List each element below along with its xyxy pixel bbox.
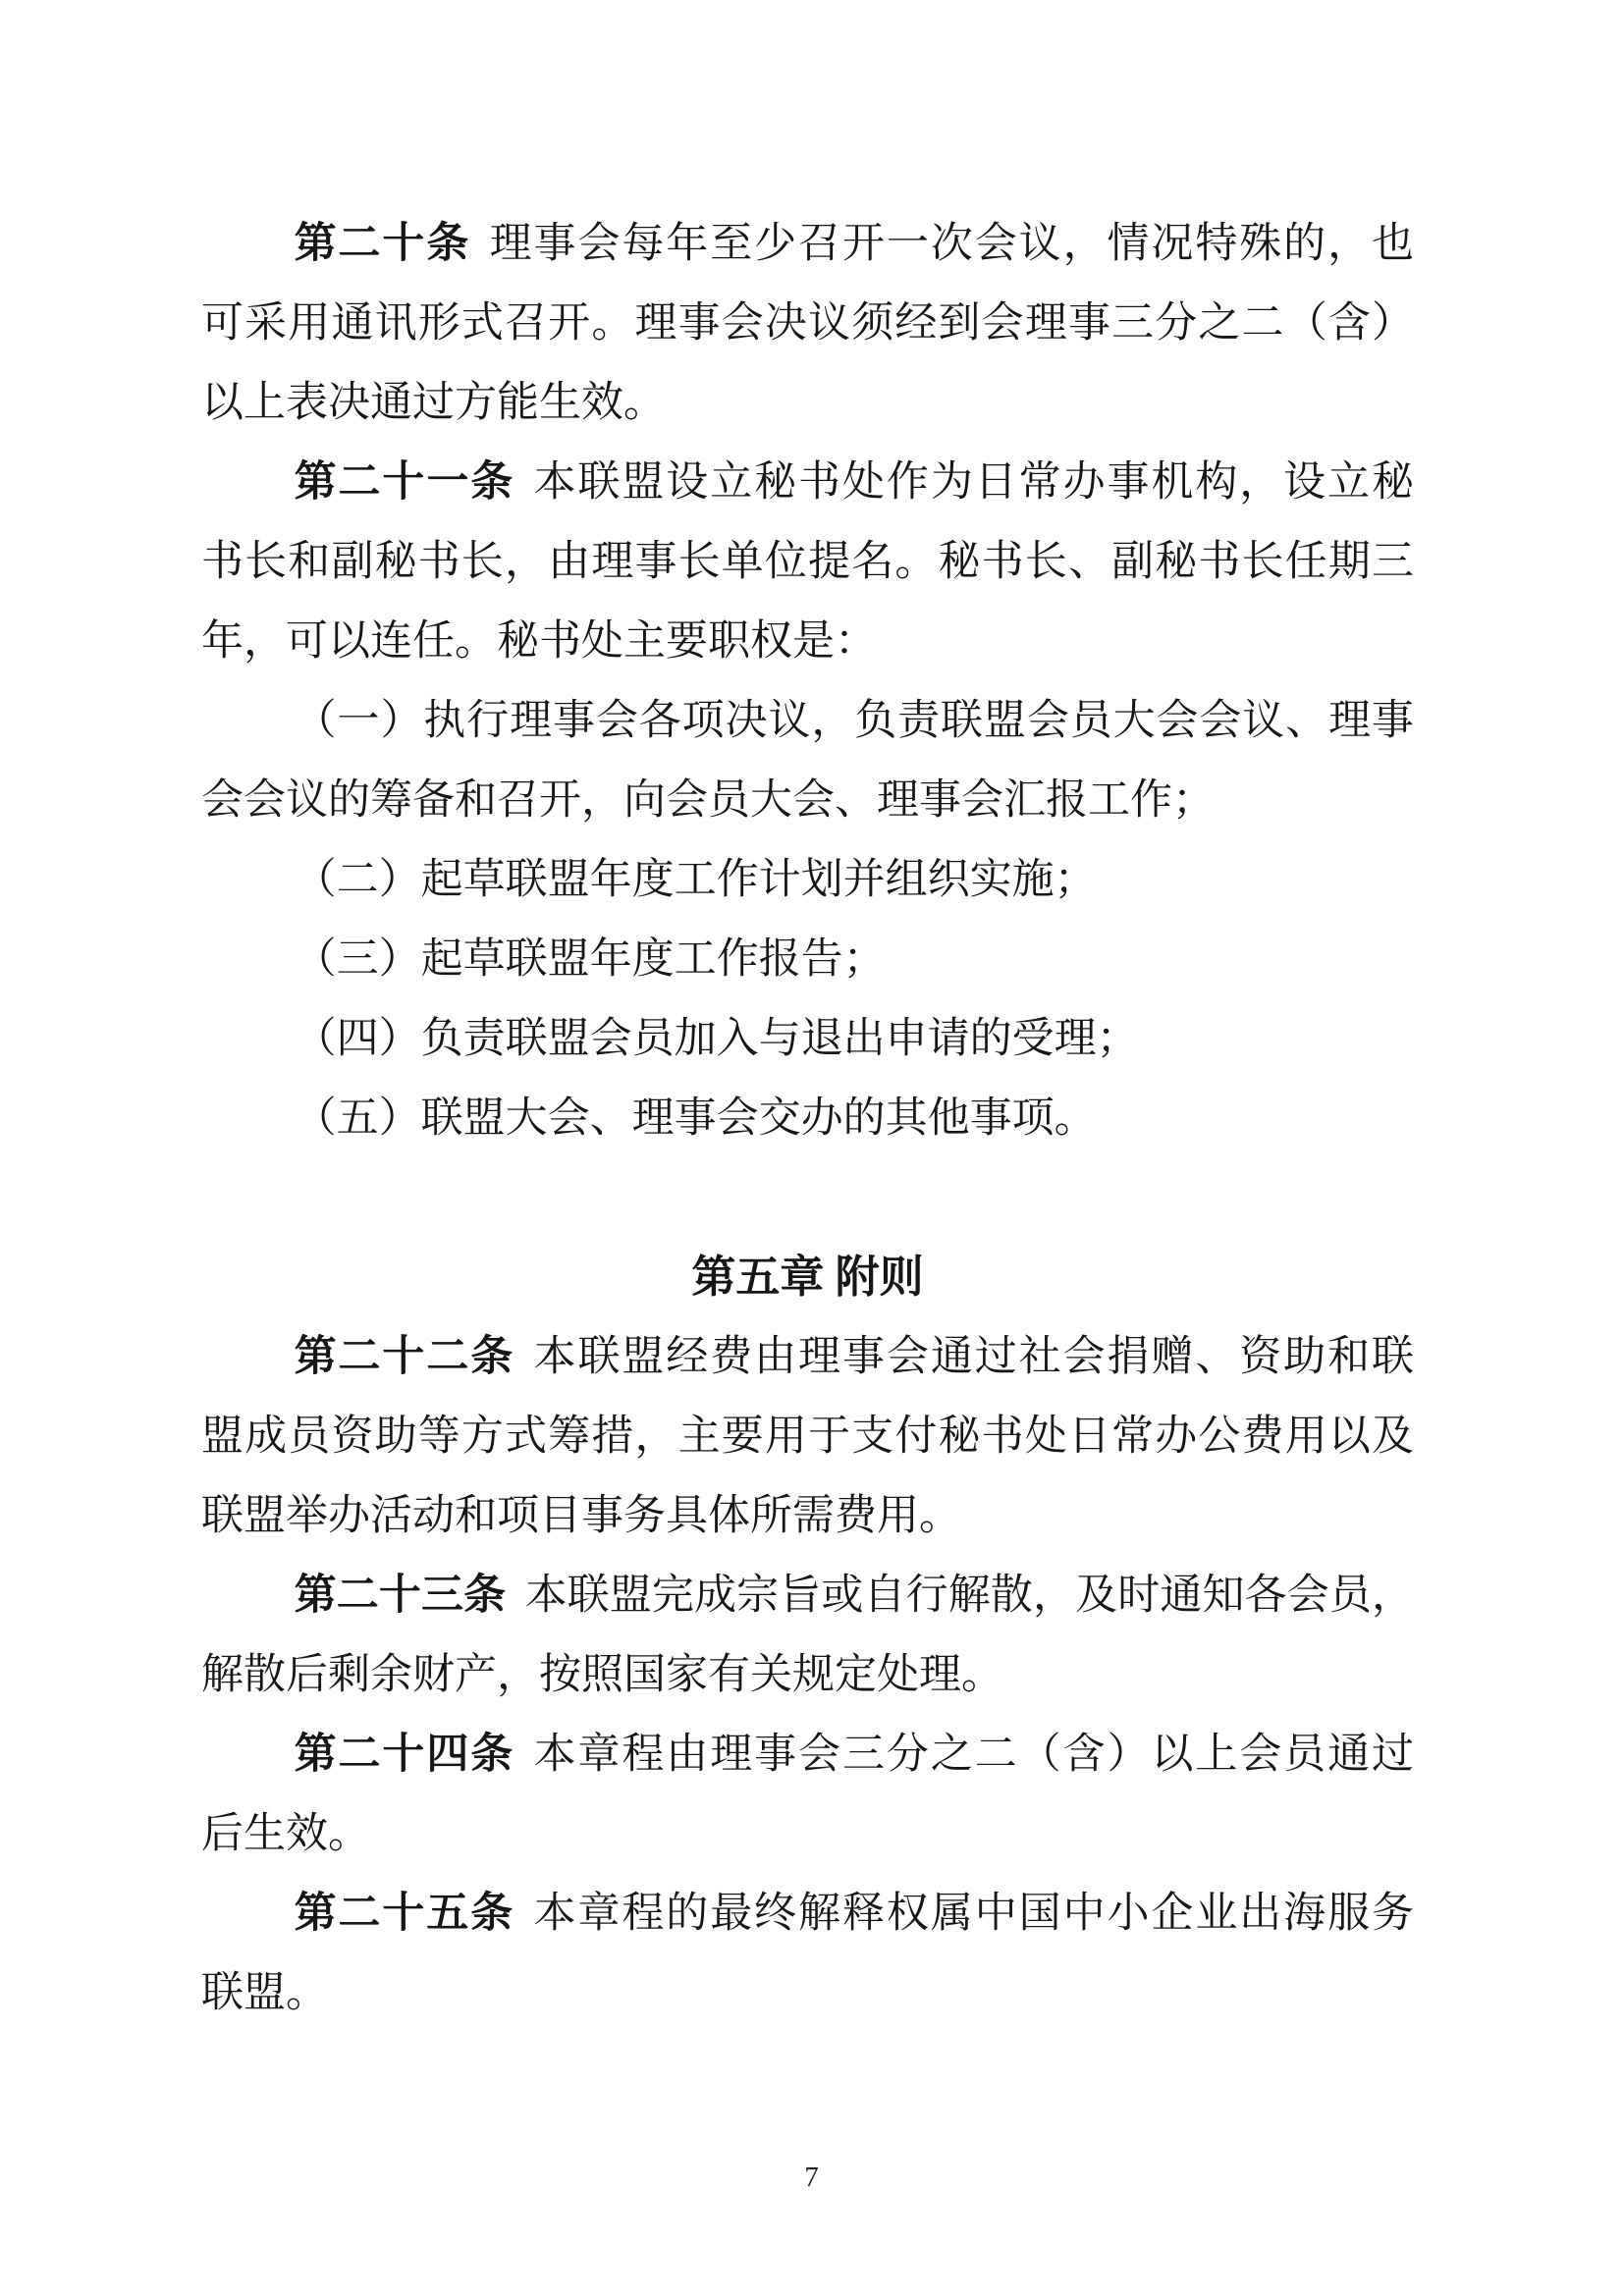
- line-text: （五）联盟大会、理事会交办的其他事项。: [295, 1095, 1097, 1142]
- text-line: 第二十条理事会每年至少召开一次会议，情况特殊的，也: [201, 204, 1414, 284]
- text-line: （四）负责联盟会员加入与退出申请的受理；: [201, 999, 1414, 1079]
- line-text: 本章程由理事会三分之二（含）以上会员通过: [534, 1732, 1414, 1778]
- chapter-heading: 第五章 附则: [201, 1238, 1414, 1317]
- line-text: 理事会每年至少召开一次会议，情况特殊的，也: [490, 221, 1414, 267]
- article-number: 第二十一条: [295, 459, 515, 506]
- line-text: 书长和副秘书长，由理事长单位提名。秘书长、副秘书长任期三: [201, 539, 1414, 585]
- text-line: 第二十三条本联盟完成宗旨或自行解散，及时通知各会员，: [201, 1556, 1414, 1635]
- text-line: （三）起草联盟年度工作报告；: [201, 920, 1414, 999]
- text-line: 盟成员资助等方式筹措，主要用于支付秘书处日常办公费用以及: [201, 1397, 1414, 1476]
- text-line: 以上表决通过方能生效。: [201, 363, 1414, 443]
- article-number: 第二十条: [295, 221, 471, 267]
- text-line: 书长和副秘书长，由理事长单位提名。秘书长、副秘书长任期三: [201, 522, 1414, 602]
- text-line: （二）起草联盟年度工作计划并组织实施；: [201, 840, 1414, 920]
- text-line: 第二十四条本章程由理事会三分之二（含）以上会员通过: [201, 1715, 1414, 1794]
- line-text: 盟成员资助等方式筹措，主要用于支付秘书处日常办公费用以及: [201, 1414, 1414, 1460]
- article-number: 第二十四条: [295, 1732, 515, 1778]
- text-line: 可采用通讯形式召开。理事会决议须经到会理事三分之二（含）: [201, 284, 1414, 363]
- line-text: 年，可以连任。秘书处主要职权是：: [201, 618, 877, 665]
- line-text: （三）起草联盟年度工作报告；: [295, 936, 886, 983]
- text-line: （五）联盟大会、理事会交办的其他事项。: [201, 1079, 1414, 1158]
- article-number: 第二十五条: [295, 1891, 515, 1937]
- line-text: 本联盟设立秘书处作为日常办事机构，设立秘: [534, 459, 1414, 506]
- line-text: 本联盟经费由理事会通过社会捐赠、资助和联: [534, 1334, 1414, 1380]
- line-text: 可采用通讯形式召开。理事会决议须经到会理事三分之二（含）: [201, 300, 1414, 347]
- line-text: 第五章 附则: [691, 1253, 923, 1302]
- line-text: （四）负责联盟会员加入与退出申请的受理；: [295, 1016, 1139, 1062]
- document-page: 第二十条理事会每年至少召开一次会议，情况特殊的，也可采用通讯形式召开。理事会决议…: [0, 0, 1623, 2296]
- text-line: 联盟举办活动和项目事务具体所需费用。: [201, 1476, 1414, 1556]
- text-line: 年，可以连任。秘书处主要职权是：: [201, 602, 1414, 681]
- line-text: 本章程的最终解释权属中国中小企业出海服务: [534, 1891, 1414, 1937]
- line-text: （二）起草联盟年度工作计划并组织实施；: [295, 857, 1097, 903]
- line-text: 会会议的筹备和召开，向会员大会、理事会汇报工作；: [201, 777, 1215, 824]
- line-text: 联盟举办活动和项目事务具体所需费用。: [201, 1493, 961, 1539]
- text-line: 第二十五条本章程的最终解释权属中国中小企业出海服务: [201, 1874, 1414, 1953]
- document-body: 第二十条理事会每年至少召开一次会议，情况特殊的，也可采用通讯形式召开。理事会决议…: [201, 204, 1414, 2033]
- line-text: 解散后剩余财产，按照国家有关规定处理。: [201, 1652, 1003, 1698]
- line-text: （一）执行理事会各项决议，负责联盟会员大会会议、理事: [295, 698, 1414, 744]
- text-line: 后生效。: [201, 1794, 1414, 1874]
- text-line: 解散后剩余财产，按照国家有关规定处理。: [201, 1635, 1414, 1715]
- line-text: 后生效。: [201, 1811, 370, 1857]
- line-text: 以上表决通过方能生效。: [201, 380, 666, 426]
- line-text: 本联盟完成宗旨或自行解散，及时通知各会员，: [525, 1573, 1414, 1619]
- page-number: 7: [0, 2160, 1623, 2195]
- article-number: 第二十二条: [295, 1334, 515, 1380]
- line-text: 联盟。: [201, 1970, 328, 2016]
- text-line: 会会议的筹备和召开，向会员大会、理事会汇报工作；: [201, 761, 1414, 840]
- article-number: 第二十三条: [295, 1573, 507, 1619]
- text-line: （一）执行理事会各项决议，负责联盟会员大会会议、理事: [201, 681, 1414, 761]
- text-line: 第二十二条本联盟经费由理事会通过社会捐赠、资助和联: [201, 1317, 1414, 1397]
- blank-line: [201, 1158, 1414, 1238]
- text-line: 第二十一条本联盟设立秘书处作为日常办事机构，设立秘: [201, 443, 1414, 522]
- text-line: 联盟。: [201, 1953, 1414, 2033]
